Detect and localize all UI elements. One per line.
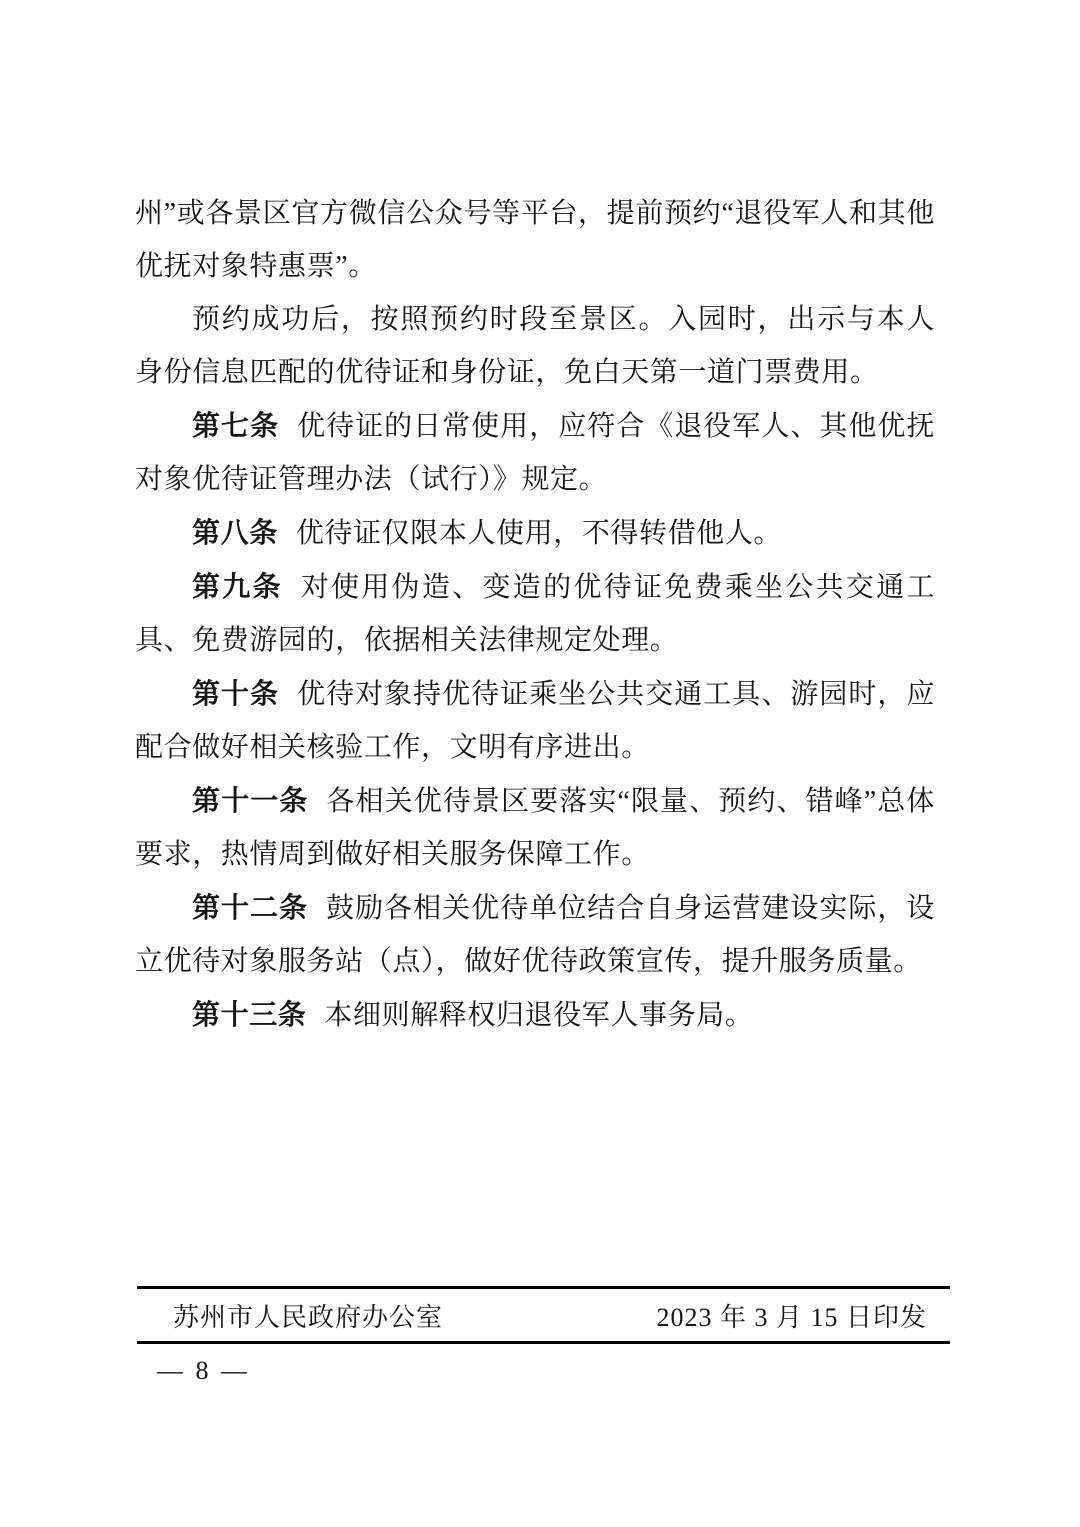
paragraph-article-13: 第十三条本细则解释权归退役军人事务局。 bbox=[135, 988, 935, 1042]
paragraph-text: 州”或各景区官方微信公众号等平台，提前预约“退役军人和其他优抚对象特惠票”。 bbox=[135, 198, 935, 282]
article-number: 第九条 bbox=[192, 571, 283, 602]
issuing-office: 苏州市人民政府办公室 bbox=[173, 1297, 443, 1334]
print-date: 2023 年 3 月 15 日印发 bbox=[656, 1297, 927, 1334]
paragraph: 预约成功后，按照预约时段至景区。入园时，出示与本人身份信息匹配的优待证和身份证，… bbox=[135, 293, 935, 399]
footer: 苏州市人民政府办公室 2023 年 3 月 15 日印发 bbox=[137, 1289, 950, 1341]
paragraph-text: 本细则解释权归退役军人事务局。 bbox=[324, 1000, 753, 1031]
document-body: 州”或各景区官方微信公众号等平台，提前预约“退役军人和其他优抚对象特惠票”。 预… bbox=[135, 187, 935, 1042]
paragraph-article-7: 第七条优待证的日常使用，应符合《退役军人、其他优抚对象优待证管理办法（试行）》规… bbox=[135, 399, 935, 506]
paragraph-article-12: 第十二条鼓励各相关优待单位结合自身运营建设实际，设立优待对象服务站（点），做好优… bbox=[135, 881, 935, 988]
article-number: 第十一条 bbox=[192, 785, 308, 816]
paragraph-text: 优待证仅限本人使用，不得转借他人。 bbox=[296, 518, 782, 549]
paragraph-article-10: 第十条优待对象持优待证乘坐公共交通工具、游园时，应配合做好相关核验工作，文明有序… bbox=[135, 667, 935, 774]
footer-bottom-rule bbox=[137, 1341, 950, 1344]
paragraph-continuation: 州”或各景区官方微信公众号等平台，提前预约“退役军人和其他优抚对象特惠票”。 bbox=[135, 187, 935, 293]
page-number: — 8 — bbox=[157, 1356, 250, 1386]
article-number: 第十二条 bbox=[192, 892, 308, 923]
paragraph-text: 预约成功后，按照预约时段至景区。入园时，出示与本人身份信息匹配的优待证和身份证，… bbox=[135, 304, 935, 388]
article-number: 第十条 bbox=[192, 678, 279, 709]
article-number: 第七条 bbox=[192, 410, 279, 441]
article-number: 第十三条 bbox=[192, 999, 306, 1030]
article-number: 第八条 bbox=[192, 517, 278, 548]
paragraph-article-9: 第九条对使用伪造、变造的优待证免费乘坐公共交通工具、免费游园的，依据相关法律规定… bbox=[135, 560, 935, 667]
paragraph-article-8: 第八条优待证仅限本人使用，不得转借他人。 bbox=[135, 506, 935, 560]
document-page: 州”或各景区官方微信公众号等平台，提前预约“退役军人和其他优抚对象特惠票”。 预… bbox=[0, 0, 1080, 1527]
paragraph-article-11: 第十一条各相关优待景区要落实“限量、预约、错峰”总体要求，热情周到做好相关服务保… bbox=[135, 774, 935, 881]
